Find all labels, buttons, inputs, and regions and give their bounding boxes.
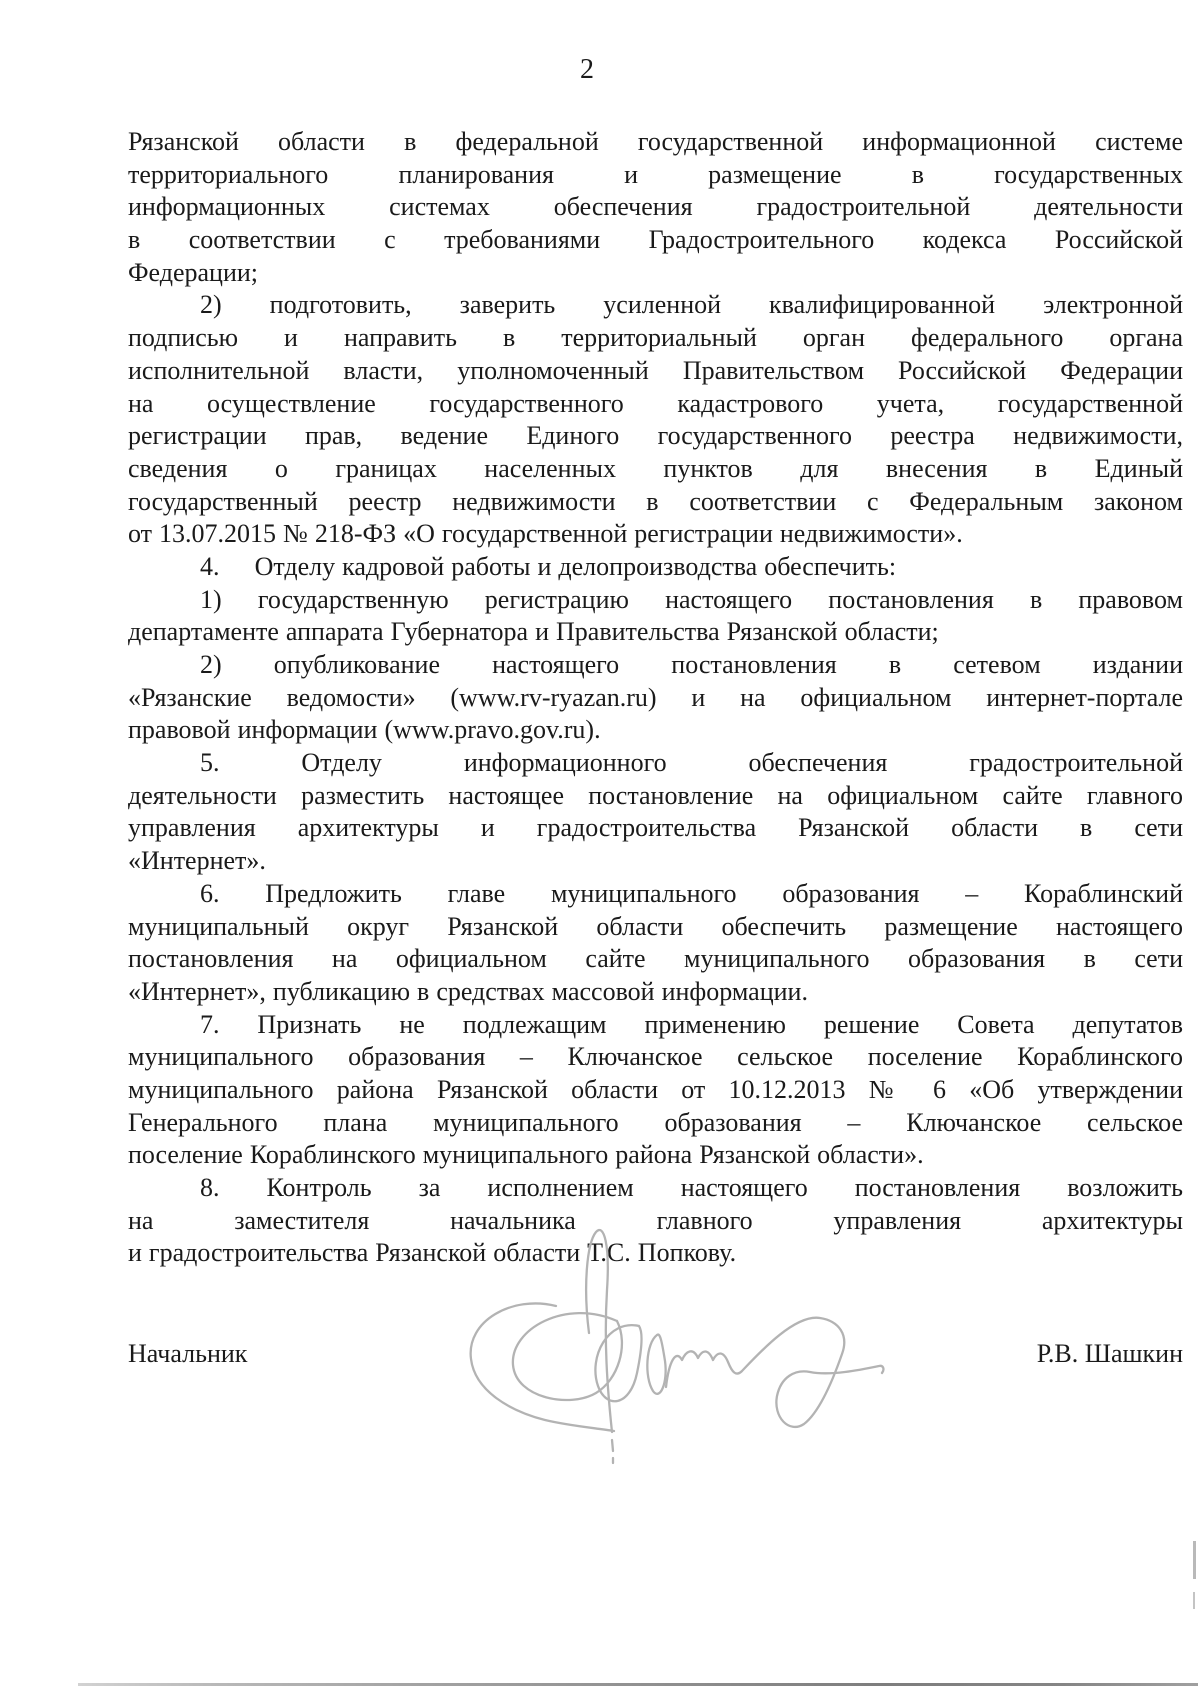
text-line: сведения о границах населенных пунктов д… xyxy=(128,453,1183,486)
text-line: муниципального образования – Ключанское … xyxy=(128,1041,1183,1074)
text-line: 4. Отделу кадровой работы и делопроизвод… xyxy=(128,551,1183,584)
text-line: 2) опубликование настоящего постановлени… xyxy=(128,649,1183,682)
text-line: «Рязанские ведомости» (www.rv-ryazan.ru)… xyxy=(128,682,1183,715)
paragraph: 1) государственную регистрацию настоящег… xyxy=(128,584,1183,649)
text-line: Рязанской области в федеральной государс… xyxy=(128,126,1183,159)
scan-artifact-bottom-line xyxy=(78,1683,1198,1686)
signature-stroke-dash-dot xyxy=(612,1440,613,1463)
paragraph: 8. Контроль за исполнением настоящего по… xyxy=(128,1172,1183,1270)
paragraph: 2) опубликование настоящего постановлени… xyxy=(128,649,1183,747)
text-line: правовой информации (www.pravo.gov.ru). xyxy=(128,714,1183,747)
text-line: информационных системах обеспечения град… xyxy=(128,191,1183,224)
text-line: 7. Признать не подлежащим применению реш… xyxy=(128,1009,1183,1042)
text-line: и градостроительства Рязанской области Т… xyxy=(128,1237,1183,1270)
page-number: 2 xyxy=(0,54,1174,86)
text-line: исполнительной власти, уполномоченный Пр… xyxy=(128,355,1183,388)
document-page: 2 Рязанской области в федеральной госуда… xyxy=(0,0,1200,1697)
text-line: подписью и направить в территориальный о… xyxy=(128,322,1183,355)
text-line: муниципального района Рязанской области … xyxy=(128,1074,1183,1107)
paragraph: 5. Отделу информационного обеспечения гр… xyxy=(128,747,1183,878)
scan-artifact-right-dash-1 xyxy=(1193,1541,1196,1579)
signoff-name: Р.В. Шашкин xyxy=(1037,1338,1183,1369)
text-line: в соответствии с требованиями Градострои… xyxy=(128,224,1183,257)
paragraph: Рязанской области в федеральной государс… xyxy=(128,126,1183,289)
paragraph: 4. Отделу кадровой работы и делопроизвод… xyxy=(128,551,1183,584)
text-line: на осуществление государственного кадаст… xyxy=(128,388,1183,421)
text-line: «Интернет», публикацию в средствах массо… xyxy=(128,976,1183,1009)
text-line: Генерального плана муниципального образо… xyxy=(128,1107,1183,1140)
text-line: постановления на официальном сайте муниц… xyxy=(128,943,1183,976)
text-line: 1) государственную регистрацию настоящег… xyxy=(128,584,1183,617)
text-line: территориального планирования и размещен… xyxy=(128,159,1183,192)
paragraph: 6. Предложить главе муниципального образ… xyxy=(128,878,1183,1009)
document-body: Рязанской области в федеральной государс… xyxy=(128,126,1183,1270)
text-line: 2) подготовить, заверить усиленной квали… xyxy=(128,289,1183,322)
text-line: «Интернет». xyxy=(128,845,1183,878)
signoff-row: Начальник Р.В. Шашкин xyxy=(128,1338,1183,1369)
text-line: департаменте аппарата Губернатора и Прав… xyxy=(128,616,1183,649)
text-line: 8. Контроль за исполнением настоящего по… xyxy=(128,1172,1183,1205)
paragraph: 2) подготовить, заверить усиленной квали… xyxy=(128,289,1183,551)
paragraph: 7. Признать не подлежащим применению реш… xyxy=(128,1009,1183,1172)
text-line: управления архитектуры и градостроительс… xyxy=(128,812,1183,845)
scan-artifact-right-dash-2 xyxy=(1193,1592,1195,1609)
text-line: 5. Отделу информационного обеспечения гр… xyxy=(128,747,1183,780)
text-line: муниципальный округ Рязанской области об… xyxy=(128,911,1183,944)
text-line: Федерации; xyxy=(128,257,1183,290)
text-line: поселение Кораблинского муниципального р… xyxy=(128,1139,1183,1172)
signoff-position-label: Начальник xyxy=(128,1338,247,1369)
text-line: деятельности разместить настоящее постан… xyxy=(128,780,1183,813)
text-line: регистрации прав, ведение Единого госуда… xyxy=(128,420,1183,453)
text-line: государственный реестр недвижимости в со… xyxy=(128,486,1183,519)
signature-stroke-humps-flourish xyxy=(666,1318,883,1427)
text-line: от 13.07.2015 № 218-ФЗ «О государственно… xyxy=(128,518,1183,551)
text-line: на заместителя начальника главного управ… xyxy=(128,1205,1183,1238)
text-line: 6. Предложить главе муниципального образ… xyxy=(128,878,1183,911)
